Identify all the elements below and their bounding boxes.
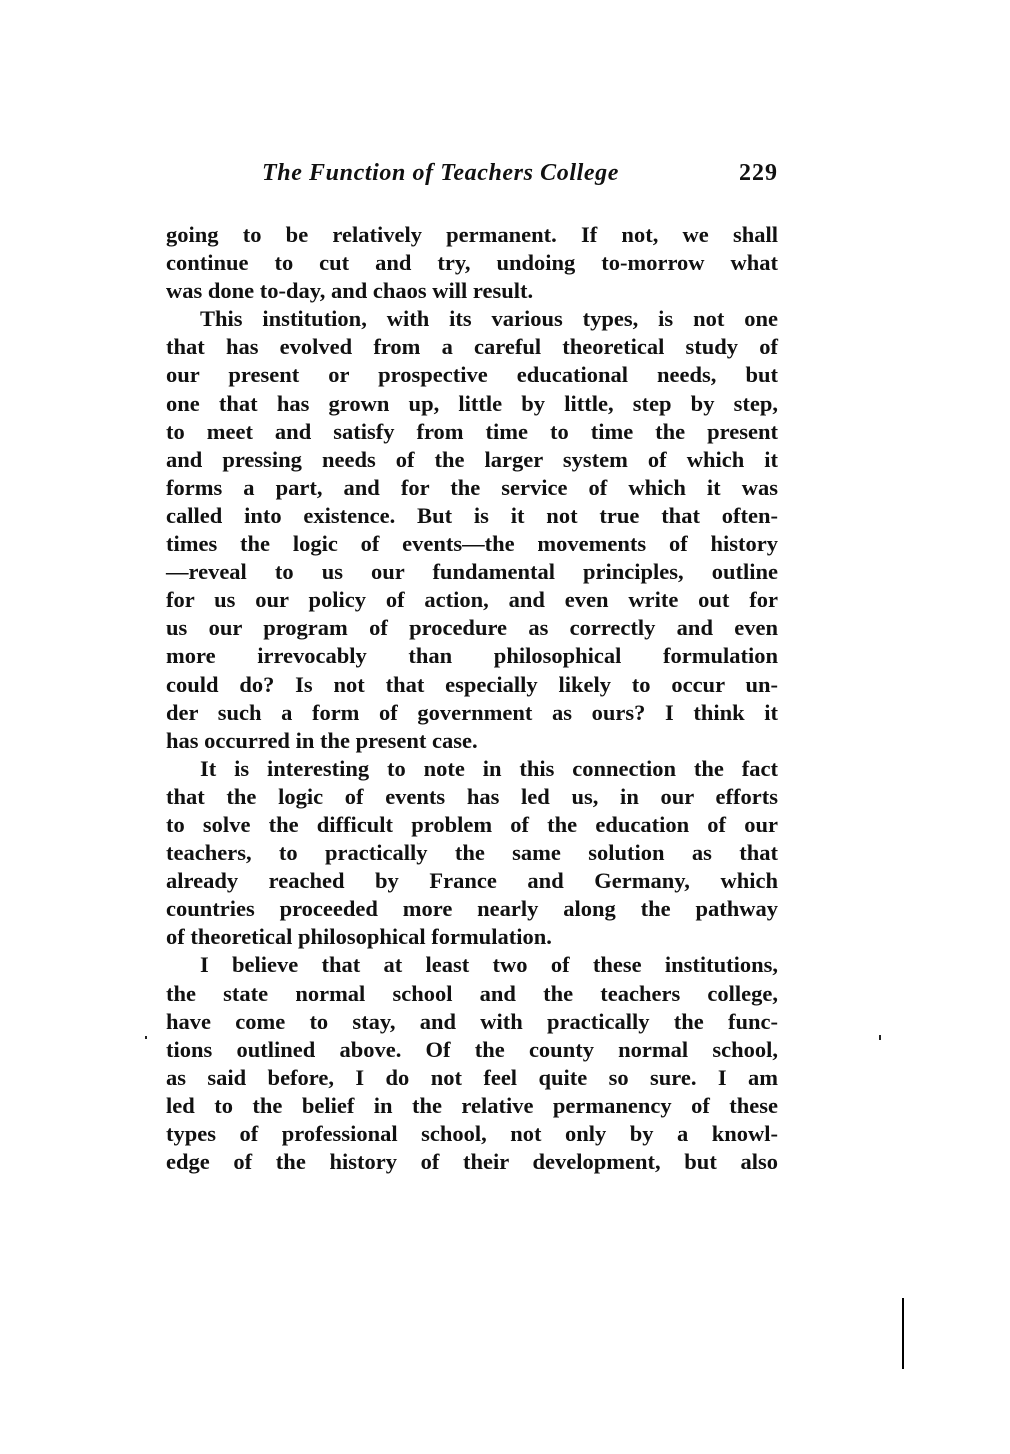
body-text: going to be relatively permanent. If not…	[166, 221, 778, 1176]
paragraph-1: going to be relatively permanent. If not…	[166, 221, 778, 305]
text-line: tions outlined above. Of the county norm…	[166, 1036, 778, 1064]
text-line: types of professional school, not only b…	[166, 1120, 778, 1148]
book-page: The Function of Teachers College 229 goi…	[0, 0, 1010, 1454]
text-line: teachers, to practically the same soluti…	[166, 839, 778, 867]
text-line: and pressing needs of the larger system …	[166, 446, 778, 474]
text-line: of theoretical philosophical formulation…	[166, 923, 778, 951]
text-line: led to the belief in the relative perman…	[166, 1092, 778, 1120]
scan-speck-left	[145, 1036, 147, 1039]
text-line: continue to cut and try, undoing to-morr…	[166, 249, 778, 277]
scan-speck-right	[879, 1035, 881, 1040]
text-line: countries proceeded more nearly along th…	[166, 895, 778, 923]
text-line: us our program of procedure as correctly…	[166, 614, 778, 642]
page-number: 229	[739, 160, 778, 187]
paragraph-4: I believe that at least two of these ins…	[166, 951, 778, 1176]
text-line: that the logic of events has led us, in …	[166, 783, 778, 811]
text-line: edge of the history of their development…	[166, 1148, 778, 1176]
running-head: The Function of Teachers College 229	[166, 160, 778, 192]
text-line: to meet and satisfy from time to time th…	[166, 418, 778, 446]
text-line: our present or prospective educational n…	[166, 361, 778, 389]
text-line: has occurred in the present case.	[166, 727, 778, 755]
running-title: The Function of Teachers College	[262, 160, 619, 187]
text-line: It is interesting to note in this connec…	[166, 755, 778, 783]
text-line: was done to-day, and chaos will result.	[166, 277, 778, 305]
text-line: that has evolved from a careful theoreti…	[166, 333, 778, 361]
text-line: one that has grown up, little by little,…	[166, 390, 778, 418]
paragraph-3: It is interesting to note in this connec…	[166, 755, 778, 952]
text-line: times the logic of events—the movements …	[166, 530, 778, 558]
text-line: could do? Is not that especially likely …	[166, 671, 778, 699]
text-line: to solve the difficult problem of the ed…	[166, 811, 778, 839]
text-line: going to be relatively permanent. If not…	[166, 221, 778, 249]
text-line: —reveal to us our fundamental principles…	[166, 558, 778, 586]
text-line: already reached by France and Germany, w…	[166, 867, 778, 895]
text-line: as said before, I do not feel quite so s…	[166, 1064, 778, 1092]
text-line: called into existence. But is it not tru…	[166, 502, 778, 530]
text-line: der such a form of government as ours? I…	[166, 699, 778, 727]
text-line: more irrevocably than philosophical form…	[166, 642, 778, 670]
text-line: the state normal school and the teachers…	[166, 980, 778, 1008]
text-line: have come to stay, and with practically …	[166, 1008, 778, 1036]
text-line: for us our policy of action, and even wr…	[166, 586, 778, 614]
text-line: I believe that at least two of these ins…	[166, 951, 778, 979]
page-edge-rule	[902, 1298, 904, 1369]
text-line: This institution, with its various types…	[166, 305, 778, 333]
paragraph-2: This institution, with its various types…	[166, 305, 778, 755]
text-line: forms a part, and for the service of whi…	[166, 474, 778, 502]
